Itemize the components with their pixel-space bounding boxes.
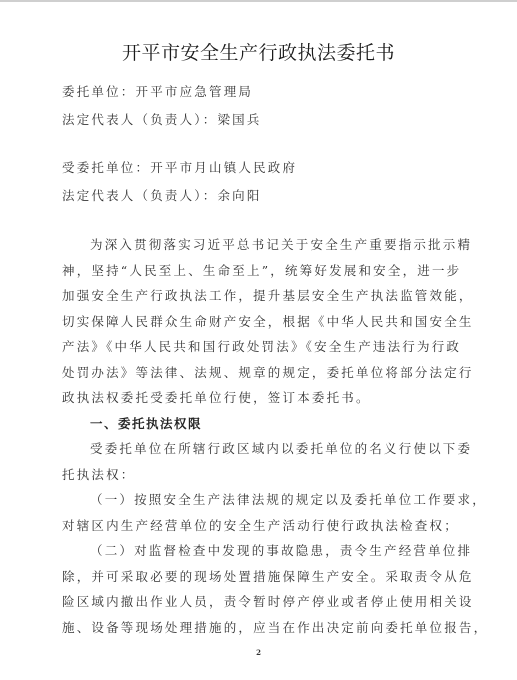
preamble-line: 加强安全生产行政执法工作，提升基层安全生产执法监管效能，: [62, 283, 454, 309]
preamble-line: 为深入贯彻落实习近平总书记关于安全生产重要指示批示精: [62, 232, 454, 258]
preamble-line: 切实保障人民群众生命财产安全，根据《中华人民共和国安全生: [62, 309, 454, 335]
item-2-line: （二）对监督检查中发现的事故隐患，责令生产经营单位排: [62, 538, 454, 564]
document-page: 开平市安全生产行政执法委托书 委托单位：开平市应急管理局 法定代表人（负责人）：…: [0, 0, 517, 680]
section-intro-line: 受委托单位在所辖行政区域内以委托单位的名义行使以下委: [62, 436, 454, 462]
delegatee-representative: 法定代表人（负责人）：余向阳: [62, 186, 262, 204]
document-title: 开平市安全生产行政执法委托书: [0, 38, 517, 65]
delegator-representative: 法定代表人（负责人）：梁国兵: [62, 110, 262, 128]
preamble-paragraph: 为深入贯彻落实习近平总书记关于安全生产重要指示批示精 神，坚持“人民至上、生命至…: [62, 232, 454, 640]
page-number: 2: [0, 648, 517, 657]
item-2-line: 施、设备等现场处理措施的，应当在作出决定前向委托单位报告，: [62, 615, 454, 641]
delegatee-unit: 受委托单位：开平市月山镇人民政府: [62, 158, 297, 176]
delegator-unit: 委托单位：开平市应急管理局: [62, 82, 253, 100]
item-2-line: 除，并可采取必要的现场处置措施保障生产安全。采取责令从危: [62, 564, 454, 590]
preamble-line: 神，坚持“人民至上、生命至上”，统筹好发展和安全，进一步: [62, 258, 454, 284]
section-heading: 一、委托执法权限: [62, 411, 454, 437]
preamble-line: 产法》《中华人民共和国行政处罚法》《安全生产违法行为行政: [62, 334, 454, 360]
section-intro-line: 托执法权：: [62, 462, 454, 488]
item-1-line: 对辖区内生产经营单位的安全生产活动行使行政执法检查权；: [62, 513, 454, 539]
item-1-line: （一）按照安全生产法律法规的规定以及委托单位工作要求，: [62, 487, 454, 513]
preamble-line: 政执法权委托受委托单位行使，签订本委托书。: [62, 385, 454, 411]
item-2-line: 险区域内撤出作业人员，责令暂时停产停业或者停止使用相关设: [62, 589, 454, 615]
preamble-line: 处罚办法》等法律、法规、规章的规定，委托单位将部分法定行: [62, 360, 454, 386]
